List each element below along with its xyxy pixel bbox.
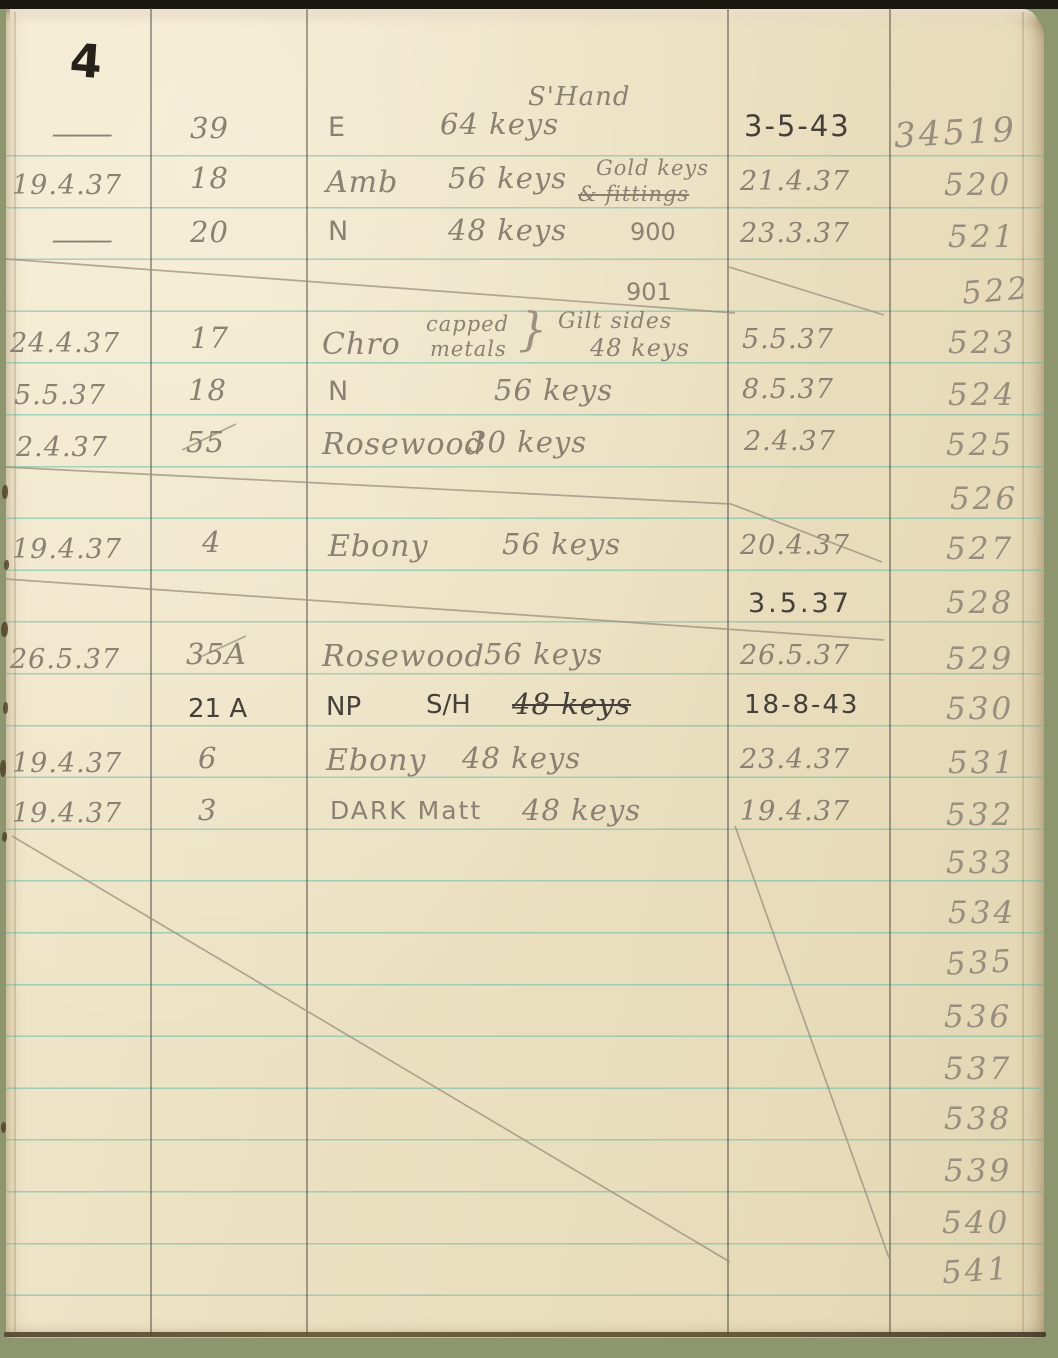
pencil-cancellation-lines — [0, 0, 1058, 1358]
cell-serial: 34519 — [893, 113, 1018, 153]
cell-material: Chro — [322, 330, 401, 360]
cell-serial: 541 — [941, 1254, 1011, 1290]
brace-mark: } — [518, 306, 548, 352]
cell-keys: 64 keys — [440, 110, 559, 139]
cell-serial: 532 — [946, 800, 1014, 831]
cell-serial: 520 — [944, 170, 1012, 201]
cell-note: metals — [430, 339, 507, 360]
cell-keys: 48 keys — [522, 796, 641, 825]
cell-serial: 536 — [944, 1002, 1012, 1033]
paper-speck — [2, 832, 7, 842]
cell-serial: 522 — [961, 273, 1032, 310]
scanned-ledger-page: 4 S'Hand — 39 E 64 keys 3-5-43 34519 19.… — [0, 0, 1058, 1358]
cell-serial: 525 — [946, 430, 1014, 461]
paper-speck — [1, 622, 8, 637]
cell-note: Gold keys — [596, 158, 709, 179]
cell-date-out: 23.3.37 — [740, 220, 850, 247]
cell-item-no: 6 — [198, 744, 217, 773]
cell-note-struck: & fittings — [578, 184, 689, 205]
cell-item-no: 39 — [190, 114, 229, 143]
paper-speck — [4, 560, 9, 570]
cell-serial: 529 — [946, 644, 1014, 675]
cell-date-in: 2.4.37 — [16, 434, 108, 461]
cell-date-out: 18-8-43 — [744, 692, 859, 718]
cell-date-in: — — [50, 226, 117, 254]
cell-keys: 48 keys — [448, 216, 567, 245]
cell-date-out: 19.4.37 — [740, 798, 850, 825]
cell-date-in: 24.4.37 — [10, 330, 120, 357]
cell-serial: 526 — [950, 484, 1018, 515]
cell-date-out: 21.4.37 — [740, 168, 850, 195]
cell-keys: 30 keys — [468, 428, 587, 457]
cell-date-in: — — [50, 120, 117, 148]
cell-material: N — [328, 218, 348, 245]
cell-item-no: 55 — [186, 428, 225, 457]
cell-date-out: 20.4.37 — [740, 532, 850, 559]
cell-item-no: 4 — [202, 528, 221, 557]
cell-serial: 530 — [946, 694, 1014, 725]
cell-serial: 540 — [942, 1208, 1010, 1239]
cell-keys: 56 keys — [502, 530, 621, 559]
cell-keys: 48 keys — [462, 744, 581, 773]
cell-date-out: 3-5-43 — [744, 112, 851, 141]
cell-item-no: 35A — [186, 640, 247, 669]
cell-material: DARK Matt — [330, 798, 482, 823]
cell-serial: 538 — [944, 1104, 1012, 1135]
cell-material: N — [328, 378, 348, 405]
cell-serial: 535 — [945, 946, 1015, 981]
cell-material: Rosewood — [322, 430, 485, 460]
cell-material: NP — [326, 694, 361, 720]
cell-serial: 523 — [948, 328, 1016, 359]
cell-note: capped — [426, 314, 509, 335]
cell-date-out: 5.5.37 — [742, 326, 834, 353]
cell-material: Rosewood — [322, 642, 485, 672]
cell-serial: 524 — [948, 380, 1016, 411]
cell-date-in: 19.4.37 — [12, 536, 122, 563]
cell-note: Gilt sides — [558, 311, 672, 333]
cell-item-no: 18 — [190, 164, 229, 193]
cell-date-out: 8.5.37 — [742, 376, 834, 403]
cell-item-no: 17 — [190, 324, 229, 353]
paper-speck — [1, 1122, 6, 1133]
paper-speck — [2, 485, 8, 499]
cell-date-out: 23.4.37 — [740, 746, 850, 773]
cell-date-in: 19.4.37 — [12, 172, 122, 199]
paper-speck — [3, 702, 8, 714]
cell-keys: 56 keys — [448, 164, 567, 193]
cell-serial: 539 — [944, 1156, 1012, 1187]
cell-item-no: 3 — [198, 796, 217, 825]
cell-keys: 48 keys — [590, 336, 690, 360]
cell-date-out: 2.4.37 — [744, 428, 836, 455]
cell-date-in: 19.4.37 — [12, 750, 122, 777]
cell-material: Ebony — [326, 746, 426, 776]
cell-date-out: 26.5.37 — [740, 642, 850, 669]
cell-material: Ebony — [328, 532, 428, 562]
cell-serial: 531 — [948, 748, 1016, 779]
cell-item-no: 18 — [188, 376, 227, 405]
cell-material: E — [328, 114, 345, 141]
cell-date-in: 5.5.37 — [14, 382, 106, 409]
paper-speck — [0, 760, 6, 777]
cell-condition: S/H — [426, 692, 471, 718]
cell-serial: 533 — [946, 848, 1014, 879]
cell-serial: 528 — [946, 588, 1014, 619]
cell-extra-number: 900 — [630, 220, 676, 244]
cell-keys-struck: 48 keys — [512, 690, 631, 719]
cell-serial: 521 — [948, 222, 1016, 253]
cell-material: Amb — [326, 168, 398, 198]
cell-extra-number: 901 — [626, 280, 672, 304]
cell-serial: 537 — [944, 1054, 1012, 1085]
cell-date-in: 26.5.37 — [10, 646, 120, 673]
cell-date-in: 19.4.37 — [12, 800, 122, 827]
page-number: 4 — [68, 37, 103, 85]
page-bottom-edge — [4, 1332, 1046, 1337]
cell-keys: 56 keys — [484, 640, 603, 669]
cell-date-out: 3.5.37 — [748, 590, 852, 617]
cell-keys: 56 keys — [494, 376, 613, 405]
cell-item-no: 20 — [190, 218, 229, 247]
cell-serial: 534 — [948, 898, 1016, 929]
cell-serial: 527 — [946, 534, 1014, 565]
cell-item-no: 21 A — [188, 696, 247, 722]
